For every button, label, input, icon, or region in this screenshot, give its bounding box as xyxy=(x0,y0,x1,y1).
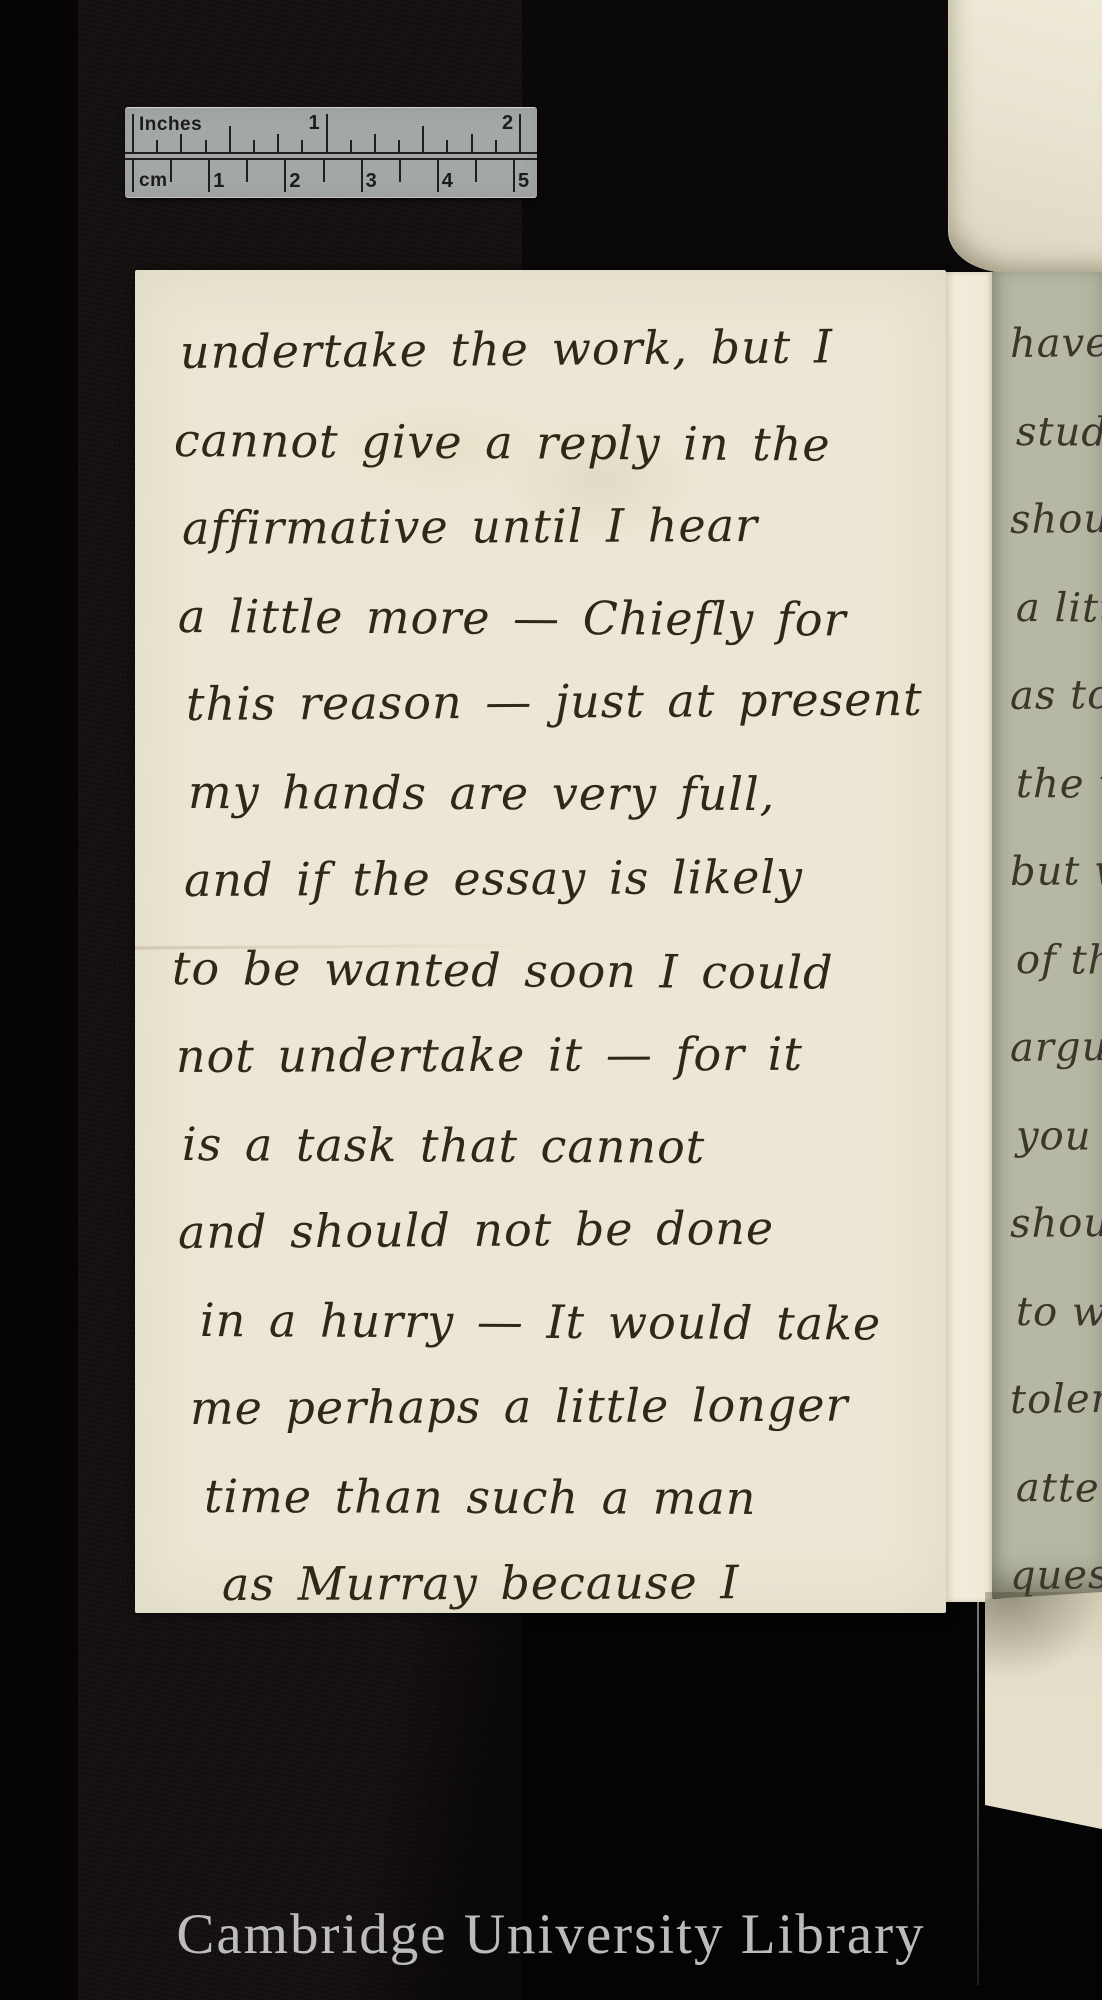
handwriting-fragment: of the xyxy=(1016,916,1102,1006)
handwriting-fragment: a little xyxy=(1016,564,1102,654)
ruler-inch-tick xyxy=(495,140,497,152)
handwriting-fragment: tolera xyxy=(1010,1353,1102,1444)
handwriting-line: my hands are very full, xyxy=(188,748,920,839)
ruler-inch-tick xyxy=(156,140,158,152)
handwriting-line: as Murray because I xyxy=(222,1538,920,1628)
ruler-inch-tick xyxy=(422,126,424,152)
handwriting-fragment: as to xyxy=(1010,649,1102,740)
handwriting-line: to be wanted soon I could xyxy=(172,924,921,1017)
under-sheet-fold-shadow xyxy=(985,1592,1102,1682)
page-fore-edge-strip xyxy=(946,272,993,1602)
handwriting-fragment: study xyxy=(1016,388,1102,478)
measuring-ruler: Inches cm 12 12345 xyxy=(125,107,537,198)
handwriting-line: time than such a man xyxy=(204,1452,920,1542)
ruler-cm-tick xyxy=(170,158,172,182)
ruler-cm-number: 1 xyxy=(213,170,224,193)
ruler-inch-tick xyxy=(398,140,400,152)
handwriting-block: undertake the work, but Icannot give a r… xyxy=(160,308,920,1628)
left-dark-strip xyxy=(0,0,78,2000)
letter-page-2-partial: have nstudyshoulda littleas tothe wbut w… xyxy=(992,272,1102,1598)
ruler-cm-tick xyxy=(208,158,210,192)
ruler-cm-number: 2 xyxy=(289,170,300,193)
ruler-cm-tick xyxy=(132,158,134,192)
ruler-cm-number: 5 xyxy=(518,170,529,193)
letter-page-1: undertake the work, but Icannot give a r… xyxy=(135,270,946,1613)
library-watermark: Cambridge University Library xyxy=(0,1902,1102,1967)
handwriting-line: and should not be done xyxy=(178,1183,921,1276)
ruler-cm-tick xyxy=(513,158,515,192)
handwriting-line: and if the essay is likely xyxy=(184,832,920,924)
handwriting-fragment: should xyxy=(1010,473,1102,564)
ruler-cm-number: 3 xyxy=(366,170,377,193)
ruler-inch-tick xyxy=(350,140,352,152)
ruler-cm-tick xyxy=(361,158,363,192)
handwriting-fragment: to w xyxy=(1016,1268,1102,1358)
handwriting-line: is a task that cannot xyxy=(182,1100,920,1192)
ruler-inch-tick xyxy=(471,134,473,152)
top-right-paper-sheet xyxy=(948,0,1102,273)
handwriting-fragment: you w xyxy=(1016,1092,1102,1182)
ruler-inch-tick xyxy=(180,134,182,152)
ruler-inch-tick xyxy=(519,114,521,152)
ruler-cm-tick xyxy=(475,158,477,182)
ruler-inches-label: Inches xyxy=(139,114,202,136)
ruler-inch-number: 2 xyxy=(502,112,513,135)
ruler-inch-tick xyxy=(301,140,303,152)
handwriting-fragment: shoul xyxy=(1010,1177,1102,1268)
ruler-cm-tick xyxy=(246,158,248,182)
ruler-cm-label: cm xyxy=(139,170,167,192)
handwriting-line: in a hurry — It would take xyxy=(200,1276,920,1368)
handwriting-block-page2: have nstudyshoulda littleas tothe wbut w… xyxy=(1006,300,1102,1598)
ruler-cm-tick xyxy=(284,158,286,192)
ruler-divider-line xyxy=(125,152,537,154)
ruler-inch-tick xyxy=(374,134,376,152)
handwriting-line: cannot give a reply in the xyxy=(174,396,921,489)
ruler-inch-tick xyxy=(326,114,328,152)
ruler-inch-tick xyxy=(229,126,231,152)
handwriting-line: me perhaps a little longer xyxy=(190,1360,920,1452)
handwriting-line: this reason — just at present xyxy=(186,655,921,748)
handwriting-line: undertake the work, but I xyxy=(180,302,921,396)
ruler-cm-number: 4 xyxy=(442,170,453,193)
photo-canvas: Inches cm 12 12345 undertake the work, b… xyxy=(0,0,1102,2000)
handwriting-line: a little more — Chiefly for xyxy=(178,572,920,664)
ruler-inch-tick xyxy=(132,114,134,152)
ruler-inch-tick xyxy=(446,140,448,152)
ruler-inch-tick xyxy=(253,140,255,152)
ruler-cm-tick xyxy=(437,158,439,192)
handwriting-fragment: attem xyxy=(1016,1444,1102,1534)
handwriting-fragment: the w xyxy=(1016,740,1102,830)
ruler-cm-tick xyxy=(399,158,401,182)
handwriting-fragment: ques xyxy=(1010,1529,1102,1598)
ruler-inch-tick xyxy=(205,140,207,152)
ruler-inch-tick xyxy=(277,134,279,152)
ruler-inch-number: 1 xyxy=(309,112,320,135)
handwriting-line: not undertake it — for it xyxy=(176,1009,920,1100)
ruler-cm-tick xyxy=(323,158,325,182)
handwriting-line: affirmative until I hear xyxy=(182,480,920,572)
handwriting-fragment: argu xyxy=(1010,1001,1102,1092)
handwriting-fragment: have n xyxy=(1010,297,1102,388)
handwriting-fragment: but w xyxy=(1010,825,1102,916)
